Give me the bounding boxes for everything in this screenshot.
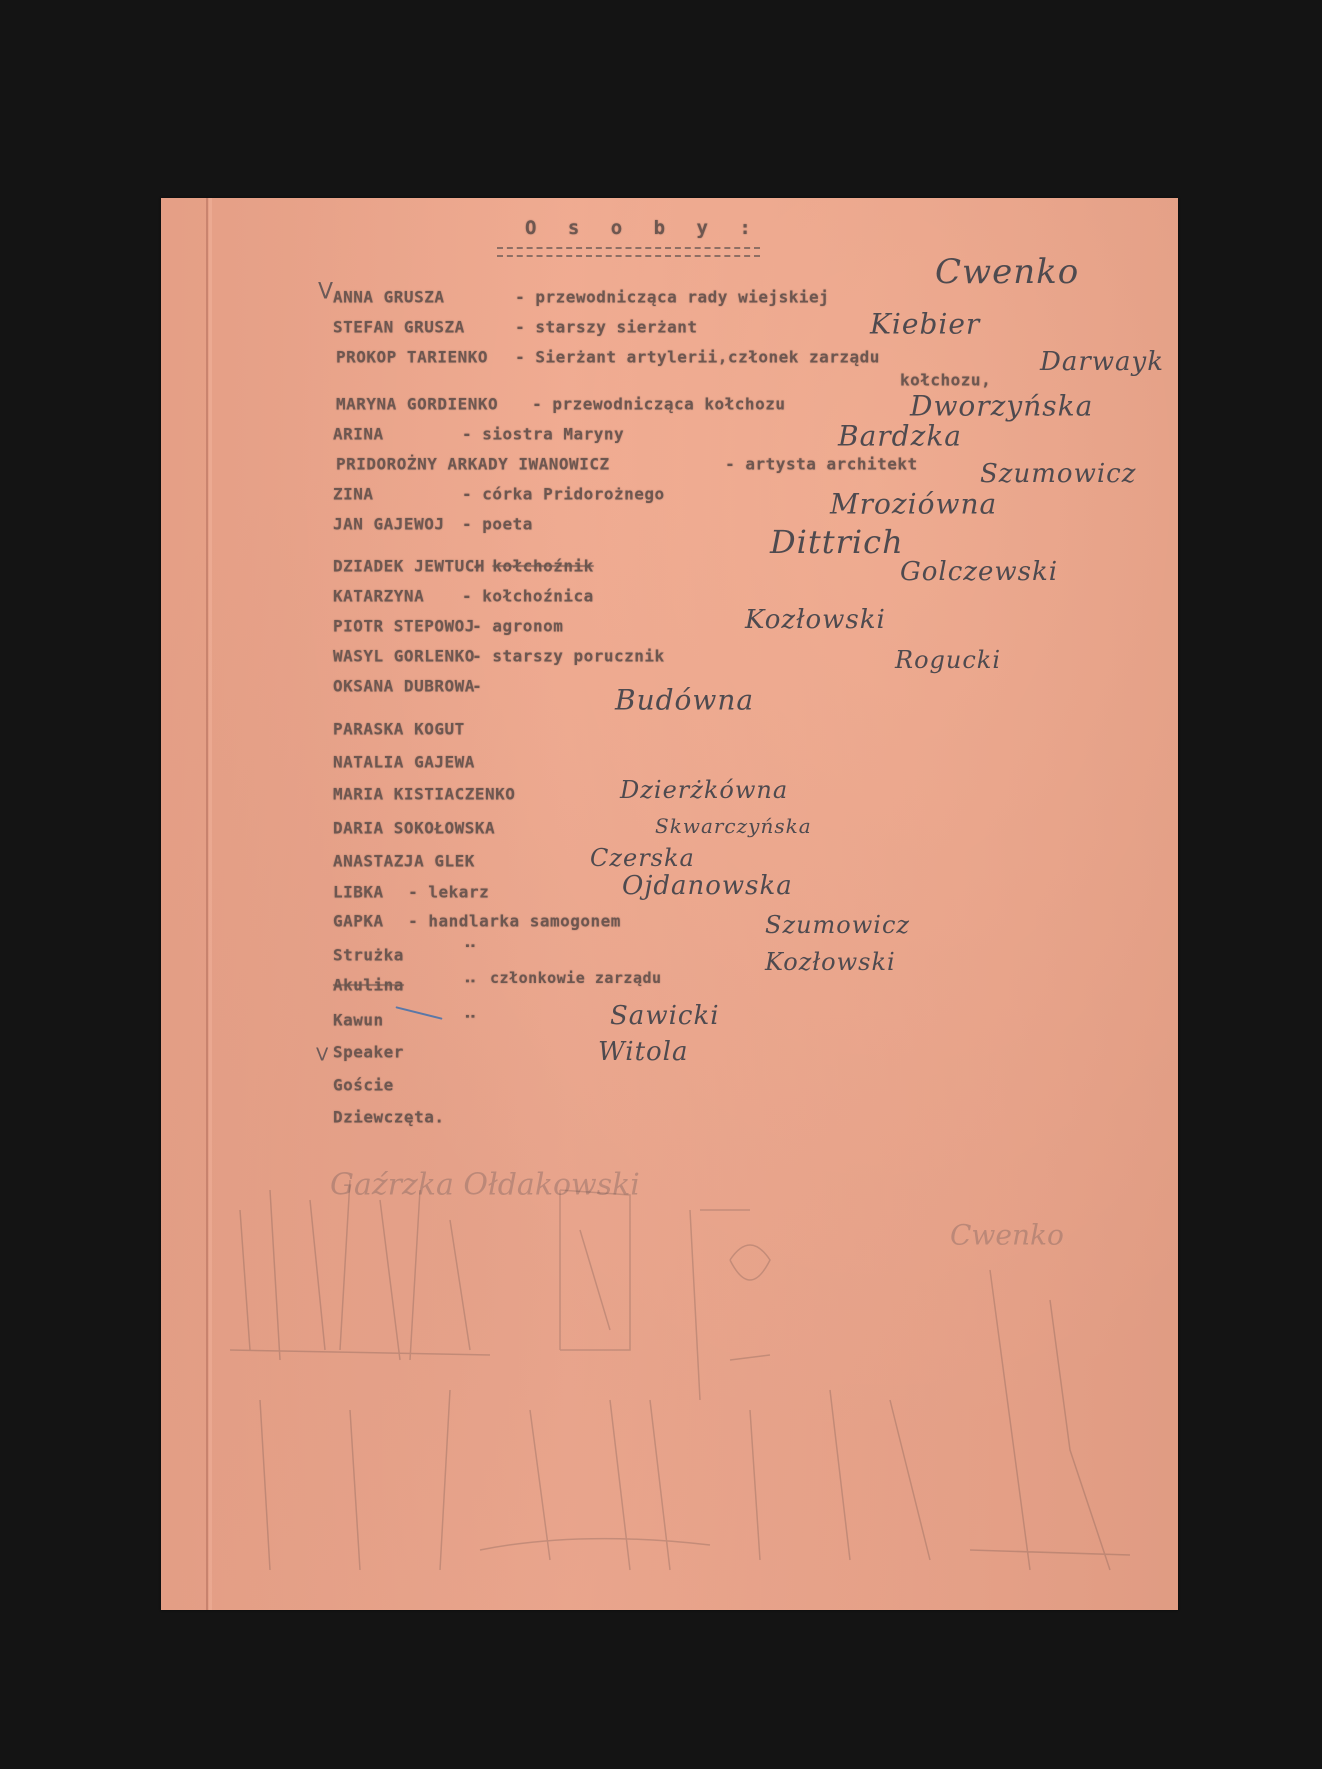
cast-name: MARIA KISTIACZENKO <box>333 785 515 804</box>
cast-role: - agronom <box>462 617 563 636</box>
role-separator: - <box>505 348 535 367</box>
cast-role: - przewodnicząca kołchozu <box>522 395 785 414</box>
cast-role: - artysta architekt <box>715 455 918 474</box>
handwritten-actor-name: Darwayk <box>1040 347 1164 377</box>
role-text: siostra Maryny <box>482 425 624 444</box>
handwritten-actor-name: Mroziówna <box>830 488 997 521</box>
role-text: córka Pridorożnego <box>482 485 664 504</box>
cast-name: KATARZYNA <box>333 587 424 606</box>
check-mark-icon: V <box>316 1045 328 1066</box>
cast-name: ZINA <box>333 485 374 504</box>
cast-name: Strużka <box>333 946 404 965</box>
cast-name: STEFAN GRUSZA <box>333 318 465 337</box>
cast-name: Akulina <box>333 976 404 995</box>
cast-name: Dziewczęta. <box>333 1108 444 1127</box>
cast-role: - córka Pridorożnego <box>462 485 665 504</box>
role-text: kołchoźnik <box>492 557 593 576</box>
cast-name: DARIA SOKOŁOWSKA <box>333 819 495 838</box>
role-text: poeta <box>482 515 533 534</box>
handwritten-actor-name: Golczewski <box>900 557 1058 587</box>
title-underline <box>497 247 760 257</box>
cast-role: - Sierżant artylerii,członek zarządu <box>505 348 880 367</box>
handwritten-actor-name: Bardzka <box>838 420 962 453</box>
page-fold-highlight <box>209 198 212 1610</box>
cast-name: LIBKA <box>333 883 384 902</box>
cast-role: - <box>462 677 492 696</box>
page-title: O s o b y : <box>525 217 761 239</box>
cast-name: OKSANA DUBROWA <box>333 677 475 696</box>
role-separator: - <box>505 318 535 337</box>
check-mark-icon: V <box>318 280 333 305</box>
handwritten-actor-name: Kiebier <box>870 308 980 341</box>
role-separator: - <box>398 883 428 902</box>
role-separator: - <box>462 677 492 696</box>
role-text: kołchoźnica <box>482 587 593 606</box>
cast-name: ANNA GRUSZA <box>333 288 444 307</box>
role-text: przewodnicząca kołchozu <box>552 395 785 414</box>
cast-name: PARASKA KOGUT <box>333 720 465 739</box>
role-separator: - <box>398 912 428 931</box>
cast-name: NATALIA GAJEWA <box>333 753 475 772</box>
cast-name: MARYNA GORDIENKO <box>336 395 498 414</box>
role-separator: - <box>715 455 745 474</box>
handwritten-actor-name: Ojdanowska <box>622 871 793 901</box>
role-text: agronom <box>492 617 563 636</box>
handwritten-actor-name: Dzierżkówna <box>620 776 788 804</box>
role-text: starszy sierżant <box>535 318 697 337</box>
cast-name: Kawun <box>333 1011 384 1030</box>
handwritten-actor-name: Sawicki <box>610 1001 720 1031</box>
handwritten-actor-name: Kozłowski <box>745 605 886 635</box>
group-bracket: : : : <box>462 941 481 1029</box>
cast-role: - siostra Maryny <box>462 425 624 444</box>
role-separator: - <box>462 647 492 666</box>
cast-role: - kołchoźnica <box>462 587 594 606</box>
role-text: handlarka samogonem <box>428 912 621 931</box>
role-text: lekarz <box>428 883 489 902</box>
role-separator: - <box>462 485 482 504</box>
role-text: Sierżant artylerii,członek zarządu <box>535 348 880 367</box>
cast-role: - starszy sierżant <box>505 318 698 337</box>
cast-name: ANASTAZJA GLEK <box>333 852 475 871</box>
role-text: artysta architekt <box>745 455 917 474</box>
cast-name: WASYL GORLENKO <box>333 647 475 666</box>
role-separator: - <box>462 557 492 576</box>
pencil-sketch-drawing <box>230 1150 1160 1580</box>
cast-role: - handlarka samogonem <box>398 912 621 931</box>
handwritten-actor-name: Dworzyńska <box>910 390 1093 423</box>
role-separator: - <box>462 617 492 636</box>
handwritten-actor-name: Szumowicz <box>765 911 910 939</box>
cast-name: GAPKA <box>333 912 384 931</box>
cast-name: Goście <box>333 1076 394 1095</box>
handwritten-actor-name: Rogucki <box>895 646 1001 674</box>
cast-role: - kołchoźnik <box>462 557 594 576</box>
cast-name: PRIDOROŻNY ARKADY IWANOWICZ <box>336 455 610 474</box>
role-separator: - <box>462 425 482 444</box>
cast-name: Speaker <box>333 1043 404 1062</box>
handwritten-actor-name: Skwarczyńska <box>655 814 812 838</box>
cast-role-continued: kołchozu, <box>900 371 991 390</box>
handwritten-actor-name: Kozłowski <box>765 948 896 976</box>
role-text: starszy porucznik <box>492 647 664 666</box>
handwritten-actor-name: Szumowicz <box>980 459 1136 489</box>
role-separator: - <box>462 515 482 534</box>
handwritten-actor-name: Witola <box>598 1037 689 1067</box>
cast-role: - lekarz <box>398 883 489 902</box>
role-text: przewodnicząca rady wiejskiej <box>535 288 829 307</box>
cast-role: - starszy porucznik <box>462 647 665 666</box>
handwritten-actor-name: Cwenko <box>935 252 1079 292</box>
role-separator: - <box>505 288 535 307</box>
cast-role: - poeta <box>462 515 533 534</box>
cast-name: PIOTR STEPOWOJ <box>333 617 475 636</box>
handwritten-actor-name: Budówna <box>615 684 754 717</box>
page-fold <box>206 198 208 1610</box>
cast-name: PROKOP TARIENKO <box>336 348 488 367</box>
role-separator: - <box>462 587 482 606</box>
role-separator: - <box>522 395 552 414</box>
handwritten-actor-name: Dittrich <box>770 523 904 561</box>
cast-role: - przewodnicząca rady wiejskiej <box>505 288 829 307</box>
cast-name: ARINA <box>333 425 384 444</box>
cast-name: JAN GAJEWOJ <box>333 515 444 534</box>
handwritten-actor-name: Czerska <box>590 844 695 872</box>
group-label: członkowie zarządu <box>490 969 662 987</box>
